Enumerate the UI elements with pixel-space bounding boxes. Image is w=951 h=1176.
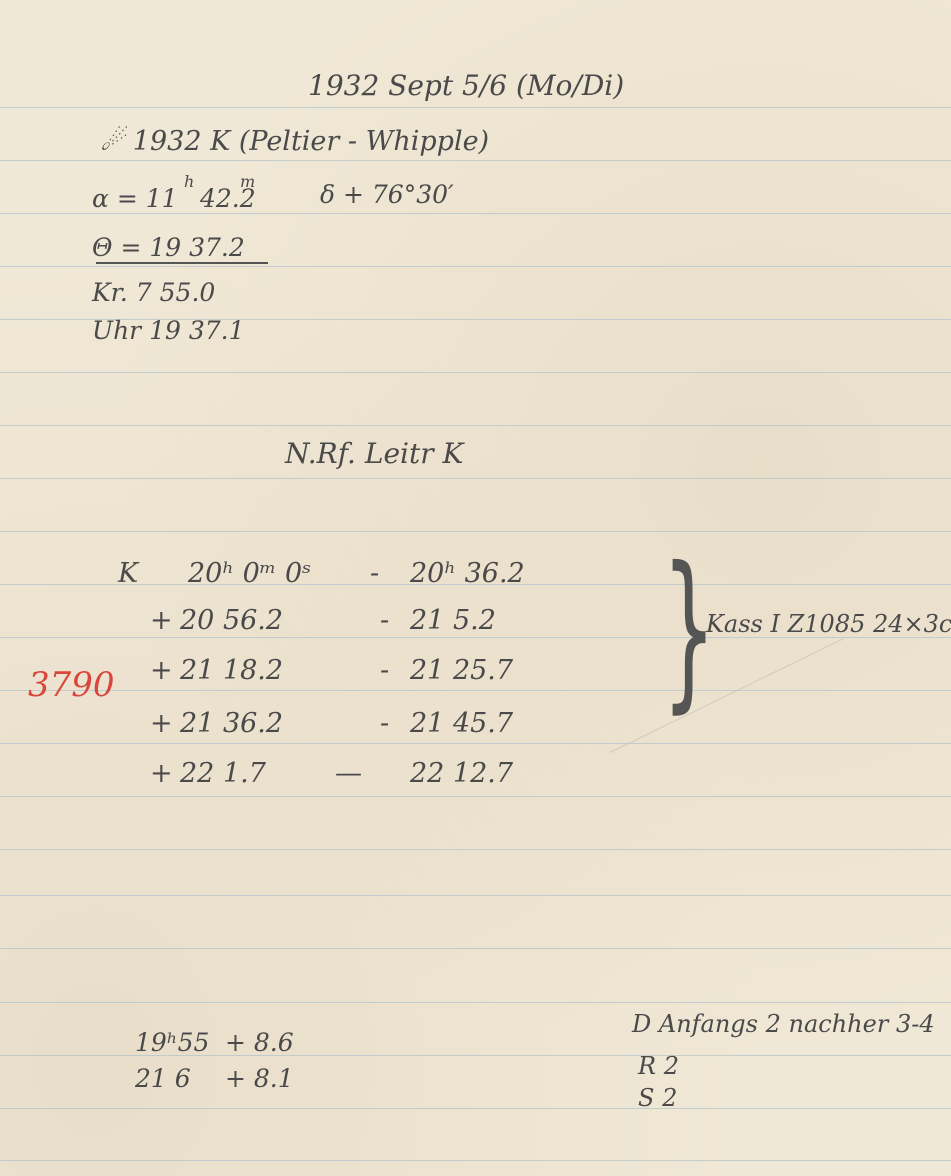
exposure-row-end: 21 45.7 — [410, 710, 513, 737]
footer-note-line: S 2 — [638, 1086, 677, 1110]
date-heading: 1932 Sept 5/6 (Mo/Di) — [308, 72, 624, 100]
footer-value: + 8.6 — [225, 1030, 294, 1055]
brace-note: Kass I Z1085 24×3c — [706, 612, 951, 636]
delta-value: δ + 76°30′ — [320, 182, 454, 207]
footer-note-line: R 2 — [638, 1054, 679, 1078]
underline — [96, 262, 268, 264]
ruled-line — [0, 1108, 951, 1109]
ruled-line — [0, 107, 951, 108]
exposure-row-start: 22 1.7 — [180, 760, 266, 787]
exposure-row-prefix: + — [150, 710, 173, 737]
exposure-row-prefix: K — [118, 560, 138, 587]
ruled-line — [0, 372, 951, 373]
ruled-line — [0, 895, 951, 896]
ruled-line — [0, 948, 951, 949]
ruled-line — [0, 531, 951, 532]
ruled-line — [0, 266, 951, 267]
exposure-row-start: 21 36.2 — [180, 710, 283, 737]
ruled-line — [0, 425, 951, 426]
exposure-row-prefix: + — [150, 760, 173, 787]
kr-value: Kr. 7 55.0 — [92, 280, 215, 305]
ruled-line — [0, 690, 951, 691]
footer-time: 19ʰ55 — [135, 1030, 209, 1055]
notebook-page: 1932 Sept 5/6 (Mo/Di) ☄ 1932 K (Peltier … — [0, 0, 951, 1176]
exposure-row-sep: - — [380, 657, 389, 684]
ruled-line — [0, 849, 951, 850]
footer-value: + 8.1 — [225, 1066, 294, 1091]
exposure-row-sep: - — [380, 710, 389, 737]
exposure-row-end: 21 5.2 — [410, 607, 496, 634]
section-title: N.Rf. Leitr K — [285, 440, 463, 468]
exposure-row-end: 21 25.7 — [410, 657, 513, 684]
exposure-row-start: 21 18.2 — [180, 657, 283, 684]
alpha-label: α = 11 — [92, 186, 178, 211]
ruled-line — [0, 796, 951, 797]
footer-time: 21 6 — [135, 1066, 191, 1091]
alpha-value: 42.2 — [200, 186, 256, 211]
exposure-row-sep: — — [335, 760, 362, 787]
ruled-line — [0, 160, 951, 161]
exposure-row-start: 20ʰ 0ᵐ 0ˢ — [188, 560, 311, 587]
ruled-line — [0, 1160, 951, 1161]
ruled-line — [0, 743, 951, 744]
exposure-row-prefix: + — [150, 657, 173, 684]
alpha-hour-mark: h — [184, 172, 194, 191]
exposure-row-end: 22 12.7 — [410, 760, 513, 787]
ruled-line — [0, 1002, 951, 1003]
exposure-row-prefix: + — [150, 607, 173, 634]
exposure-row-sep: - — [370, 560, 379, 587]
faint-diagonal-line — [610, 638, 844, 753]
plate-number: 3790 — [28, 668, 115, 702]
footer-note-line: D Anfangs 2 nachher 3-4 — [632, 1012, 935, 1036]
ruled-line — [0, 213, 951, 214]
exposure-row-start: 20 56.2 — [180, 607, 283, 634]
exposure-row-sep: - — [380, 607, 389, 634]
theta-value: Θ = 19 37.2 — [92, 235, 245, 260]
uhr-value: Uhr 19 37.1 — [92, 318, 245, 343]
ruled-line — [0, 478, 951, 479]
object-heading: ☄ 1932 K (Peltier - Whipple) — [100, 128, 489, 155]
exposure-row-end: 20ʰ 36.2 — [410, 560, 525, 587]
